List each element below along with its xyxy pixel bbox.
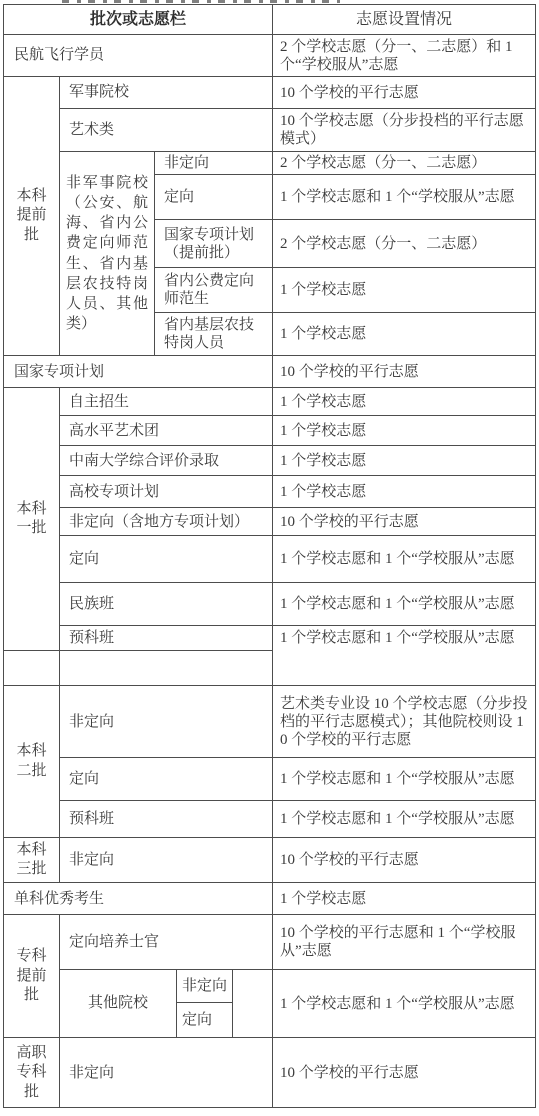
clipped-previous-line-artifact bbox=[62, 0, 340, 3]
group-feijunshi-label: 非军事院校（公安、航海、省内公费定向师范生、省内基层农技特岗人员、其他类） bbox=[60, 152, 155, 356]
row-gongfei-value: 1 个学校志愿 bbox=[273, 268, 536, 313]
header-batch-column: 批次或志愿栏 bbox=[4, 5, 273, 35]
row-tqp-dingxiang-label: 定向 bbox=[155, 175, 273, 220]
row-zhongnan-label: 中南大学综合评价录取 bbox=[60, 446, 273, 476]
row-tqp-feidingxiang-label: 非定向 bbox=[155, 152, 273, 175]
empty-cell bbox=[60, 651, 273, 686]
header-setting-column: 志愿设置情况 bbox=[273, 5, 536, 35]
row-yp-feidingxiang-value: 10 个学校的平行志愿 bbox=[273, 508, 536, 536]
row-zhongnan-value: 1 个学校志愿 bbox=[273, 446, 536, 476]
empty-cell bbox=[4, 651, 60, 686]
row-yishu-value: 10 个学校志愿（分步投档的平行志愿模式） bbox=[273, 109, 536, 152]
row-ep-feidingxiang-value: 艺术类专业设 10 个学校志愿（分步投档的平行志愿模式）；其他院校则设 10 个… bbox=[273, 686, 536, 758]
row-qita-value: 1 个学校志愿和 1 个“学校服从”志愿 bbox=[273, 970, 536, 1038]
row-minhang-value: 2 个学校志愿（分一、二志愿）和 1 个“学校服从”志愿 bbox=[273, 35, 536, 77]
row-ep-dingxiang-value: 1 个学校志愿和 1 个“学校服从”志愿 bbox=[273, 758, 536, 801]
row-sp-feidingxiang-label: 非定向 bbox=[60, 838, 273, 883]
row-danke-label: 单科优秀考生 bbox=[4, 883, 273, 915]
volunteer-settings-table: 批次或志愿栏 志愿设置情况 民航飞行学员 2 个学校志愿（分一、二志愿）和 1 … bbox=[3, 4, 536, 1108]
row-gongfei-label: 省内公费定向师范生 bbox=[155, 268, 273, 313]
row-junshi-value: 10 个学校的平行志愿 bbox=[273, 77, 536, 109]
row-gaoxiao-value: 1 个学校志愿 bbox=[273, 476, 536, 508]
row-minzu-value: 1 个学校志愿和 1 个“学校服从”志愿 bbox=[273, 583, 536, 626]
row-yituan-label: 高水平艺术团 bbox=[60, 416, 273, 446]
row-gz-feidingxiang-value: 10 个学校的平行志愿 bbox=[273, 1038, 536, 1108]
row-tqp-feidingxiang-value: 2 个学校志愿（分一、二志愿） bbox=[273, 152, 536, 175]
row-ep-feidingxiang-label: 非定向 bbox=[60, 686, 273, 758]
row-guojia-tqp-label: 国家专项计划（提前批） bbox=[155, 220, 273, 268]
row-yuke1-value: 1 个学校志愿和 1 个“学校服从”志愿 bbox=[273, 626, 536, 686]
row-qita-dingxiang-label: 定向 bbox=[177, 1003, 233, 1038]
row-zizhu-value: 1 个学校志愿 bbox=[273, 388, 536, 416]
section-benke-tiqianpi: 本科提前批 bbox=[4, 77, 60, 356]
row-guojia-value: 10 个学校的平行志愿 bbox=[273, 356, 536, 388]
row-shiguan-value: 10 个学校的平行志愿和 1 个“学校服从”志愿 bbox=[273, 915, 536, 970]
row-zizhu-label: 自主招生 bbox=[60, 388, 273, 416]
row-tqp-dingxiang-value: 1 个学校志愿和 1 个“学校服从”志愿 bbox=[273, 175, 536, 220]
row-gz-feidingxiang-label: 非定向 bbox=[60, 1038, 273, 1108]
row-danke-value: 1 个学校志愿 bbox=[273, 883, 536, 915]
row-yuke1-label: 预科班 bbox=[60, 626, 273, 651]
row-sp-feidingxiang-value: 10 个学校的平行志愿 bbox=[273, 838, 536, 883]
row-yp-dingxiang-value: 1 个学校志愿和 1 个“学校服从”志愿 bbox=[273, 536, 536, 583]
row-shiguan-label: 定向培养士官 bbox=[60, 915, 273, 970]
row-qita-feidingxiang-label: 非定向 bbox=[177, 970, 233, 1003]
section-gaozhi-zhuankepi: 高职专科批 bbox=[4, 1038, 60, 1108]
row-yp-dingxiang-label: 定向 bbox=[60, 536, 273, 583]
row-minzu-label: 民族班 bbox=[60, 583, 273, 626]
section-benke-sanpi: 本科三批 bbox=[4, 838, 60, 883]
row-guojia-tqp-value: 2 个学校志愿（分一、二志愿） bbox=[273, 220, 536, 268]
row-gaoxiao-label: 高校专项计划 bbox=[60, 476, 273, 508]
row-ep-dingxiang-label: 定向 bbox=[60, 758, 273, 801]
spacer-cell bbox=[233, 970, 273, 1038]
row-jiceng-value: 1 个学校志愿 bbox=[273, 313, 536, 356]
section-benke-yipi: 本科一批 bbox=[4, 388, 60, 651]
row-yuke2-label: 预科班 bbox=[60, 801, 273, 838]
section-zhuanke-tiqianpi: 专科提前批 bbox=[4, 915, 60, 1038]
row-yp-feidingxiang-label: 非定向（含地方专项计划） bbox=[60, 508, 273, 536]
row-jiceng-label: 省内基层农技特岗人员 bbox=[155, 313, 273, 356]
row-yuke2-value: 1 个学校志愿和 1 个“学校服从”志愿 bbox=[273, 801, 536, 838]
row-minhang-label: 民航飞行学员 bbox=[4, 35, 273, 77]
group-qita-yuanxiao-label: 其他院校 bbox=[60, 970, 177, 1038]
row-junshi-label: 军事院校 bbox=[60, 77, 273, 109]
row-yituan-value: 1 个学校志愿 bbox=[273, 416, 536, 446]
section-benke-erpi: 本科二批 bbox=[4, 686, 60, 838]
row-yishu-label: 艺术类 bbox=[60, 109, 273, 152]
row-guojia-label: 国家专项计划 bbox=[4, 356, 273, 388]
